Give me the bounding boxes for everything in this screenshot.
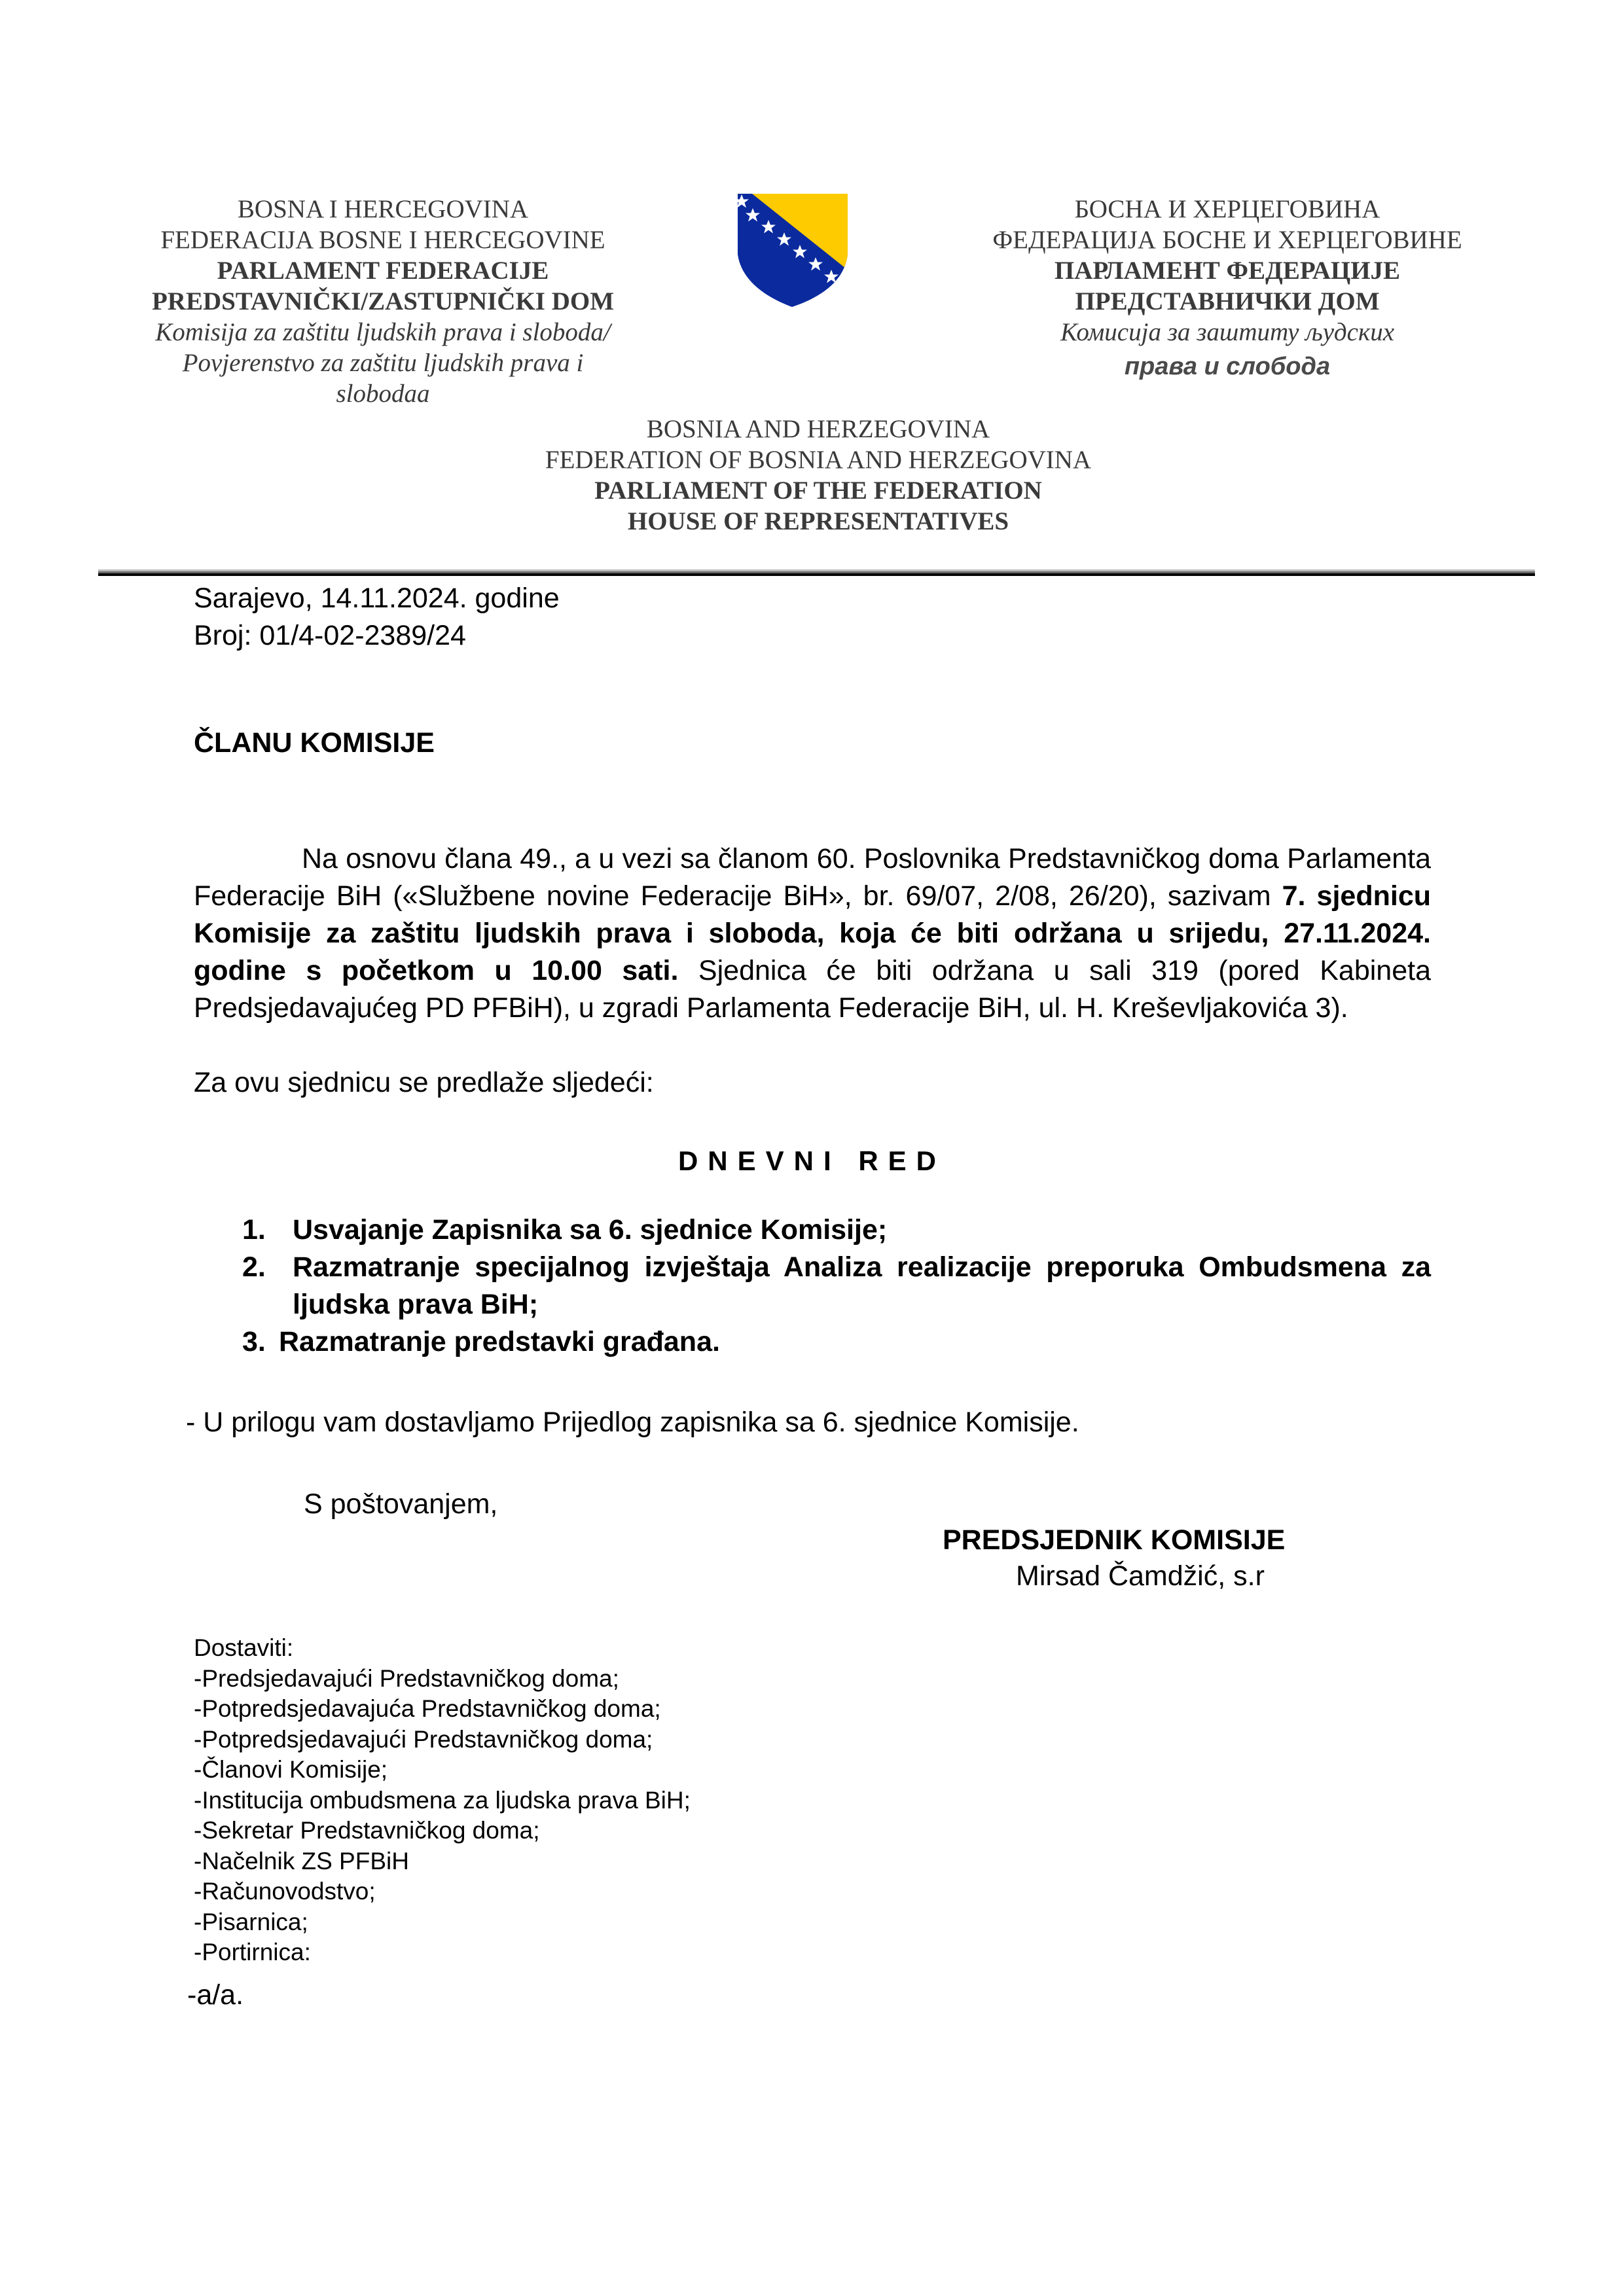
parliament-name-cyrillic: ПАРЛАМЕНТ ФЕДЕРАЦИЈЕ <box>956 255 1499 286</box>
agenda-title: DNEVNI RED <box>0 1145 1624 1177</box>
agenda-item-number: 3. <box>242 1323 266 1361</box>
agenda-item-text: Razmatranje specijalnog izvještaja Anali… <box>293 1251 1431 1320</box>
parliament-name-english: PARLIAMENT OF THE FEDERATION <box>458 475 1178 506</box>
distribution-item: -Članovi Komisije; <box>194 1755 691 1785</box>
distribution-item: -Potpredsjedavajući Predstavničkog doma; <box>194 1725 691 1755</box>
distribution-list: Dostaviti: -Predsjedavajući Predstavničk… <box>194 1633 691 1968</box>
agenda-item: 1. Usvajanje Zapisnika sa 6. sjednice Ko… <box>242 1211 1431 1249</box>
commission-name-cyrillic: Комисија за заштиту људских <box>956 317 1499 348</box>
place-date: Sarajevo, 14.11.2024. godine <box>194 580 560 617</box>
distribution-label: Dostaviti: <box>194 1633 691 1664</box>
distribution-item: -Sekretar Predstavničkog doma; <box>194 1816 691 1846</box>
federation-name-english: FEDERATION OF BOSNIA AND HERZEGOVINA <box>458 444 1178 475</box>
closing-salutation: S poštovanjem, <box>304 1486 497 1523</box>
header-right-cyrillic: БОСНА И ХЕРЦЕГОВИНА ФЕДЕРАЦИЈА БОСНЕ И Х… <box>956 194 1499 382</box>
distribution-item: -Pisarnica; <box>194 1907 691 1938</box>
agenda-item-text: Usvajanje Zapisnika sa 6. sjednice Komis… <box>293 1214 887 1246</box>
commission-name-croatian-cont: slobodaa <box>98 378 668 409</box>
distribution-item: -Predsjedavajući Predstavničkog doma; <box>194 1664 691 1695</box>
intro-paragraph: Na osnovu člana 49., a u vezi sa članom … <box>194 840 1431 1027</box>
distribution-item: -Načelnik ZS PFBiH <box>194 1846 691 1877</box>
house-name-cyrillic: ПРЕДСТАВНИЧКИ ДОМ <box>956 286 1499 317</box>
agenda-list: 1. Usvajanje Zapisnika sa 6. sjednice Ko… <box>242 1211 1431 1361</box>
agenda-item: 2. Razmatranje specijalnog izvještaja An… <box>242 1249 1431 1323</box>
federation-name-cyrillic: ФЕДЕРАЦИЈА БОСНЕ И ХЕРЦЕГОВИНЕ <box>956 224 1499 255</box>
header-center-english: BOSNIA AND HERZEGOVINA FEDERATION OF BOS… <box>458 414 1178 537</box>
document-meta: Sarajevo, 14.11.2024. godine Broj: 01/4-… <box>194 580 560 655</box>
commission-name-latin: Komisija za zaštitu ljudskih prava i slo… <box>98 317 668 348</box>
country-name-cyrillic: БОСНА И ХЕРЦЕГОВИНА <box>956 194 1499 224</box>
header-separator <box>98 569 1535 576</box>
agenda-item-number: 2. <box>242 1249 266 1286</box>
agenda-item-number: 1. <box>242 1211 266 1249</box>
signature-title: PREDSJEDNIK KOMISIJE <box>943 1522 1285 1559</box>
document-number: Broj: 01/4-02-2389/24 <box>194 617 560 655</box>
header-left-latin: BOSNA I HERCEGOVINA FEDERACIJA BOSNE I H… <box>98 194 668 409</box>
house-name-latin: PREDSTAVNIČKI/ZASTUPNIČKI DOM <box>98 286 668 317</box>
commission-name-cyrillic-cont: права и слобода <box>956 351 1499 382</box>
signature-name: Mirsad Čamdžić, s.r <box>1016 1558 1265 1595</box>
archive-note: -a/a. <box>187 1979 244 2011</box>
country-name-english: BOSNIA AND HERZEGOVINA <box>458 414 1178 444</box>
distribution-item: -Portirnica: <box>194 1937 691 1968</box>
commission-name-croatian: Povjerenstvo za zaštitu ljudskih prava i <box>98 348 668 378</box>
agenda-item-text: Razmatranje predstavki građana. <box>279 1326 720 1357</box>
parliament-name-latin: PARLAMENT FEDERACIJE <box>98 255 668 286</box>
recipient-heading: ČLANU KOMISIJE <box>194 725 435 762</box>
house-name-english: HOUSE OF REPRESENTATIVES <box>458 506 1178 537</box>
bih-coat-of-arms-icon <box>736 192 854 310</box>
distribution-item: -Institucija ombudsmena za ljudska prava… <box>194 1785 691 1816</box>
attachment-note: - U prilogu vam dostavljamo Prijedlog za… <box>186 1404 1079 1441</box>
proposal-line: Za ovu sjednicu se predlaže sljedeći: <box>194 1064 654 1102</box>
agenda-item: 3. Razmatranje predstavki građana. <box>242 1323 1431 1361</box>
federation-name-latin: FEDERACIJA BOSNE I HERCEGOVINE <box>98 224 668 255</box>
intro-text-1: Na osnovu člana 49., a u vezi sa članom … <box>194 843 1431 912</box>
distribution-item: -Računovodstvo; <box>194 1876 691 1907</box>
distribution-item: -Potpredsjedavajuća Predstavničkog doma; <box>194 1694 691 1725</box>
country-name-latin: BOSNA I HERCEGOVINA <box>98 194 668 224</box>
